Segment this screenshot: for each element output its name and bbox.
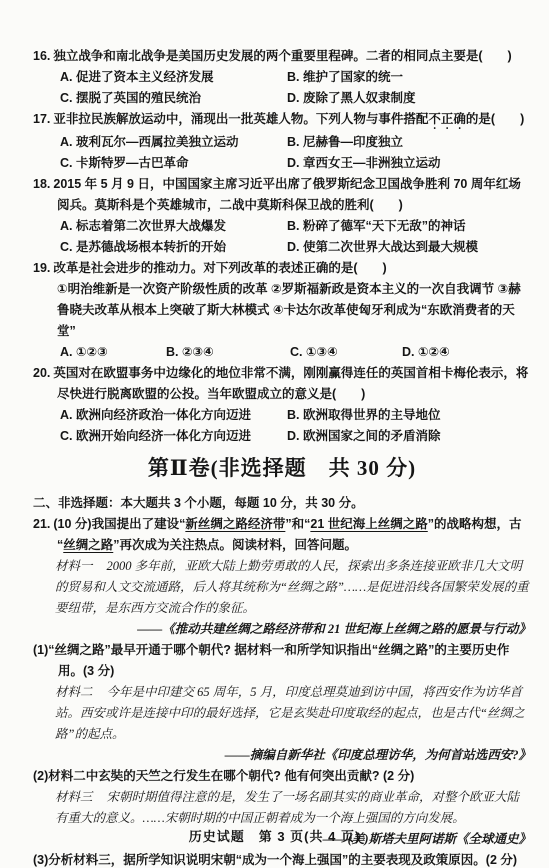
question-text-emphasized: 不正确 xyxy=(428,112,466,126)
exam-page: 16.独立战争和南北战争是美国历史发展的两个重要里程碑。二者的相同点主要是( )… xyxy=(0,0,549,868)
stem-part: ”再次成为关注热点。阅读材料，回答问题。 xyxy=(113,538,357,552)
question-text: 英国对在欧盟事务中边缘化的地位非常不满，刚刚赢得连任的英国首相卡梅伦表示，将尽快… xyxy=(53,366,528,401)
material-3: 材料三宋朝时期值得注意的是，发生了一场名副其实的商业革命，对整个欧亚大陆有重大的… xyxy=(55,787,531,829)
question-17: 17.亚非拉民族解放运动中，涌现出一批英雄人物。下列人物与事件搭配不正确的是( … xyxy=(33,109,531,174)
sub-question-1: (1)“丝绸之路”最早开通于哪个朝代? 据材料一和所学知识指出“丝绸之路”的主要… xyxy=(33,640,531,682)
question-text: 2015 年 5 月 9 日，中国国家主席习近平出席了俄罗斯纪念卫国战争胜利 7… xyxy=(53,177,520,212)
option-a: A. 玻利瓦尔—西属拉美独立运动 xyxy=(60,132,287,153)
question-text: 改革是社会进步的推动力。对下列改革的表述正确的是( ) xyxy=(53,261,386,275)
material-1: 材料一2000 多年前，亚欧大陆上勤劳勇敢的人民，探索出多条连接亚欧非几大文明的… xyxy=(55,556,531,619)
question-stem: 21.(10 分)我国提出了建设“新丝绸之路经济带”和“21 世纪海上丝绸之路”… xyxy=(33,514,531,556)
question-number: 16. xyxy=(33,49,50,63)
question-18: 18.2015 年 5 月 9 日，中国国家主席习近平出席了俄罗斯纪念卫国战争胜… xyxy=(33,174,531,258)
material-label: 材料三 xyxy=(55,790,93,804)
question-20: 20.英国对在欧盟事务中边缘化的地位非常不满，刚刚赢得连任的英国首相卡梅伦表示，… xyxy=(33,363,531,447)
option-b: B. 尼赫鲁—印度独立 xyxy=(287,132,531,153)
part-2-intro: 二、非选择题：本大题共 3 个小题，每题 10 分，共 30 分。 xyxy=(33,493,531,514)
material-text: 今年是中印建交 65 周年，5 月，印度总理莫迪到访中国，将西安作为访华首站。西… xyxy=(55,685,524,741)
exam-content: 16.独立战争和南北战争是美国历史发展的两个重要里程碑。二者的相同点主要是( )… xyxy=(0,0,549,868)
option-c: C. ①③④ xyxy=(290,342,402,363)
material-1-source: ——《推动共建丝绸之路经济带和 21 世纪海上丝绸之路的愿景与行动》 xyxy=(33,619,531,640)
stem-part: ”和“ xyxy=(285,517,310,531)
material-text: 2000 多年前，亚欧大陆上勤劳勇敢的人民，探索出多条连接亚欧非几大文明的贸易和… xyxy=(55,559,529,615)
question-stem: 16.独立战争和南北战争是美国历史发展的两个重要里程碑。二者的相同点主要是( ) xyxy=(33,46,531,67)
material-label: 材料二 xyxy=(55,685,93,699)
option-c: C. 卡斯特罗—古巴革命 xyxy=(60,153,287,174)
material-2: 材料二今年是中印建交 65 周年，5 月，印度总理莫迪到访中国，将西安作为访华首… xyxy=(55,682,531,745)
option-d: D. ①②④ xyxy=(402,342,531,363)
question-text-pre: 亚非拉民族解放运动中，涌现出一批英雄人物。下列人物与事件搭配 xyxy=(53,112,428,126)
question-text: 独立战争和南北战争是美国历史发展的两个重要里程碑。二者的相同点主要是( ) xyxy=(53,49,511,63)
option-c: C. 是苏德战场根本转折的开始 xyxy=(60,237,287,258)
options-grid: A. 标志着第二次世界大战爆发 B. 粉碎了德军“天下无敌”的神话 C. 是苏德… xyxy=(33,216,531,258)
question-19: 19.改革是社会进步的推动力。对下列改革的表述正确的是( ) ①明治维新是一次资… xyxy=(33,258,531,363)
option-b: B. 维护了国家的统一 xyxy=(287,67,531,88)
option-d: D. 欧洲国家之间的矛盾消除 xyxy=(287,426,531,447)
option-d: D. 使第二次世界大战达到最大规模 xyxy=(287,237,531,258)
options-grid: A. 玻利瓦尔—西属拉美独立运动 B. 尼赫鲁—印度独立 C. 卡斯特罗—古巴革… xyxy=(33,132,531,174)
options-grid: A. ①②③ B. ②③④ C. ①③④ D. ①②④ xyxy=(33,342,531,363)
stem-part-underlined: 丝绸之路 xyxy=(63,538,113,552)
option-a: A. ①②③ xyxy=(60,342,166,363)
question-stem: 17.亚非拉民族解放运动中，涌现出一批英雄人物。下列人物与事件搭配不正确的是( … xyxy=(33,109,531,132)
option-b: B. 粉碎了德军“天下无敌”的神话 xyxy=(287,216,531,237)
material-text: 宋朝时期值得注意的是，发生了一场名副其实的商业革命，对整个欧亚大陆有重大的意义。… xyxy=(55,790,519,825)
option-a: A. 促进了资本主义经济发展 xyxy=(60,67,287,88)
options-grid: A. 促进了资本主义经济发展 B. 维护了国家的统一 C. 摆脱了英国的殖民统治… xyxy=(33,67,531,109)
question-stem: 18.2015 年 5 月 9 日，中国国家主席习近平出席了俄罗斯纪念卫国战争胜… xyxy=(33,174,531,216)
material-2-source: ——摘编自新华社《印度总理访华，为何首站选西安?》 xyxy=(33,745,531,766)
option-d: D. 废除了黑人奴隶制度 xyxy=(287,88,531,109)
options-grid: A. 欧洲向经济政治一体化方向迈进 B. 欧洲取得世界的主导地位 C. 欧洲开始… xyxy=(33,405,531,447)
option-c: C. 欧洲开始向经济一体化方向迈进 xyxy=(60,426,287,447)
question-16: 16.独立战争和南北战争是美国历史发展的两个重要里程碑。二者的相同点主要是( )… xyxy=(33,46,531,109)
question-stem: 20.英国对在欧盟事务中边缘化的地位非常不满，刚刚赢得连任的英国首相卡梅伦表示，… xyxy=(33,363,531,405)
question-number: 20. xyxy=(33,366,50,380)
question-text-post: 的是( ) xyxy=(466,112,524,126)
question-number: 19. xyxy=(33,261,50,275)
option-b: B. 欧洲取得世界的主导地位 xyxy=(287,405,531,426)
option-a: A. 标志着第二次世界大战爆发 xyxy=(60,216,287,237)
sub-question-3: (3)分析材料三，据所学知识说明宋朝“成为一个海上强国”的主要表现及政策原因。(… xyxy=(33,850,531,868)
stem-part-underlined: 21 世纪海上丝绸之路 xyxy=(310,517,427,531)
material-label: 材料一 xyxy=(55,559,93,573)
question-number: 21. xyxy=(33,517,50,531)
section-2-title: 第Ⅱ卷(非选择题 共 30 分) xyxy=(33,453,531,483)
question-21: 21.(10 分)我国提出了建设“新丝绸之路经济带”和“21 世纪海上丝绸之路”… xyxy=(33,514,531,868)
page-footer: 历史试题 第 3 页(共 4 页) xyxy=(0,826,549,845)
stem-part: (10 分)我国提出了建设“ xyxy=(53,517,185,531)
option-a: A. 欧洲向经济政治一体化方向迈进 xyxy=(60,405,287,426)
question-number: 18. xyxy=(33,177,50,191)
numbered-statements: ①明治维新是一次资产阶级性质的改革 ②罗斯福新政是资本主义的一次自我调节 ③赫鲁… xyxy=(57,279,531,342)
option-d: D. 章西女王—非洲独立运动 xyxy=(287,153,531,174)
stem-part-underlined: 新丝绸之路经济带 xyxy=(185,517,285,531)
option-c: C. 摆脱了英国的殖民统治 xyxy=(60,88,287,109)
question-number: 17. xyxy=(33,112,50,126)
sub-question-2: (2)材料二中玄奘的天竺之行发生在哪个朝代? 他有何突出贡献? (2 分) xyxy=(33,766,531,787)
option-b: B. ②③④ xyxy=(166,342,290,363)
question-stem: 19.改革是社会进步的推动力。对下列改革的表述正确的是( ) xyxy=(33,258,531,279)
